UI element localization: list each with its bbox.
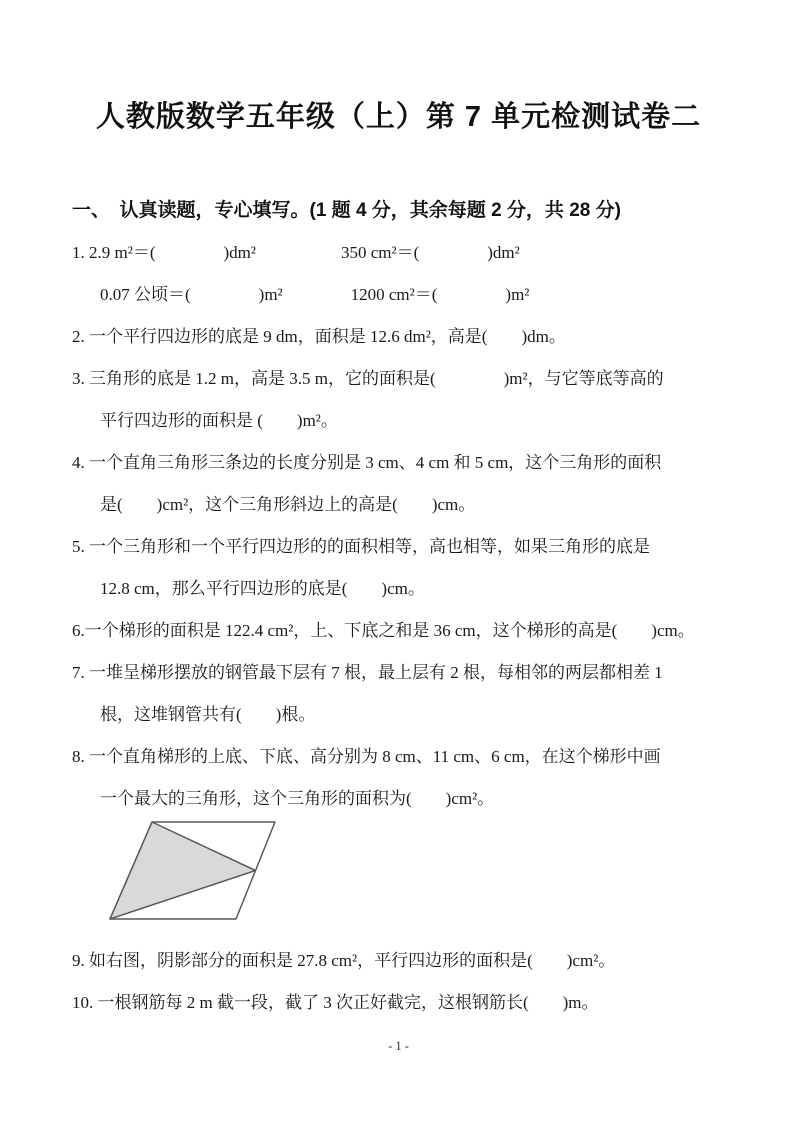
question-line: 12.8 cm，那么平行四边形的底是( )cm。 [72,568,725,610]
exam-page: 人教版数学五年级（上）第 7 单元检测试卷二 一、 认真读题，专心填写。(1 题… [0,0,793,1122]
question-6: 6.一个梯形的面积是 122.4 cm²，上、下底之和是 36 cm，这个梯形的… [72,610,725,652]
question-9: 9. 如右图，阴影部分的面积是 27.8 cm²，平行四边形的面积是( )cm²… [72,940,725,982]
question-2: 2. 一个平行四边形的底是 9 dm，面积是 12.6 dm²，高是( )dm。 [72,316,725,358]
question-10: 10. 一根钢筋每 2 m 截一段，截了 3 次正好截完，这根钢筋长( )m。 [72,982,725,1024]
question-line: 一个最大的三角形，这个三角形的面积为( )cm²。 [72,778,725,820]
question-4: 4. 一个直角三角形三条边的长度分别是 3 cm、4 cm 和 5 cm，这个三… [72,442,725,526]
section-1-heading: 一、 认真读题，专心填写。(1 题 4 分，其余每题 2 分，共 28 分) [72,190,725,232]
question-9-figure [72,820,725,940]
question-1: 1. 2.9 m²＝( )dm² 350 cm²＝( )dm² 0.07 公顷＝… [72,232,725,316]
question-line: 0.07 公顷＝( )m² 1200 cm²＝( )m² [72,274,725,316]
question-line: 6.一个梯形的面积是 122.4 cm²，上、下底之和是 36 cm，这个梯形的… [72,610,725,652]
question-line: 8. 一个直角梯形的上底、下底、高分别为 8 cm、11 cm、6 cm，在这个… [72,736,725,778]
question-line: 是( )cm²，这个三角形斜边上的高是( )cm。 [72,484,725,526]
parallelogram-figure [108,820,280,922]
question-line: 7. 一堆呈梯形摆放的钢管最下层有 7 根，最上层有 2 根，每相邻的两层都相差… [72,652,725,694]
question-line: 1. 2.9 m²＝( )dm² 350 cm²＝( )dm² [72,232,725,274]
question-7: 7. 一堆呈梯形摆放的钢管最下层有 7 根，最上层有 2 根，每相邻的两层都相差… [72,652,725,736]
question-line: 2. 一个平行四边形的底是 9 dm，面积是 12.6 dm²，高是( )dm。 [72,316,725,358]
page-title: 人教版数学五年级（上）第 7 单元检测试卷二 [72,96,725,138]
question-5: 5. 一个三角形和一个平行四边形的的面积相等，高也相等，如果三角形的底是 12.… [72,526,725,610]
question-line: 3. 三角形的底是 1.2 m，高是 3.5 m，它的面积是( )m²，与它等底… [72,358,725,400]
question-line: 平行四边形的面积是 ( )m²。 [72,400,725,442]
question-line: 10. 一根钢筋每 2 m 截一段，截了 3 次正好截完，这根钢筋长( )m。 [72,982,725,1024]
question-line: 4. 一个直角三角形三条边的长度分别是 3 cm、4 cm 和 5 cm，这个三… [72,442,725,484]
question-3: 3. 三角形的底是 1.2 m，高是 3.5 m，它的面积是( )m²，与它等底… [72,358,725,442]
page-number: - 1 - [72,1038,725,1054]
question-line: 5. 一个三角形和一个平行四边形的的面积相等，高也相等，如果三角形的底是 [72,526,725,568]
question-line: 根，这堆钢管共有( )根。 [72,694,725,736]
question-8: 8. 一个直角梯形的上底、下底、高分别为 8 cm、11 cm、6 cm，在这个… [72,736,725,820]
question-line: 9. 如右图，阴影部分的面积是 27.8 cm²，平行四边形的面积是( )cm²… [72,940,725,982]
